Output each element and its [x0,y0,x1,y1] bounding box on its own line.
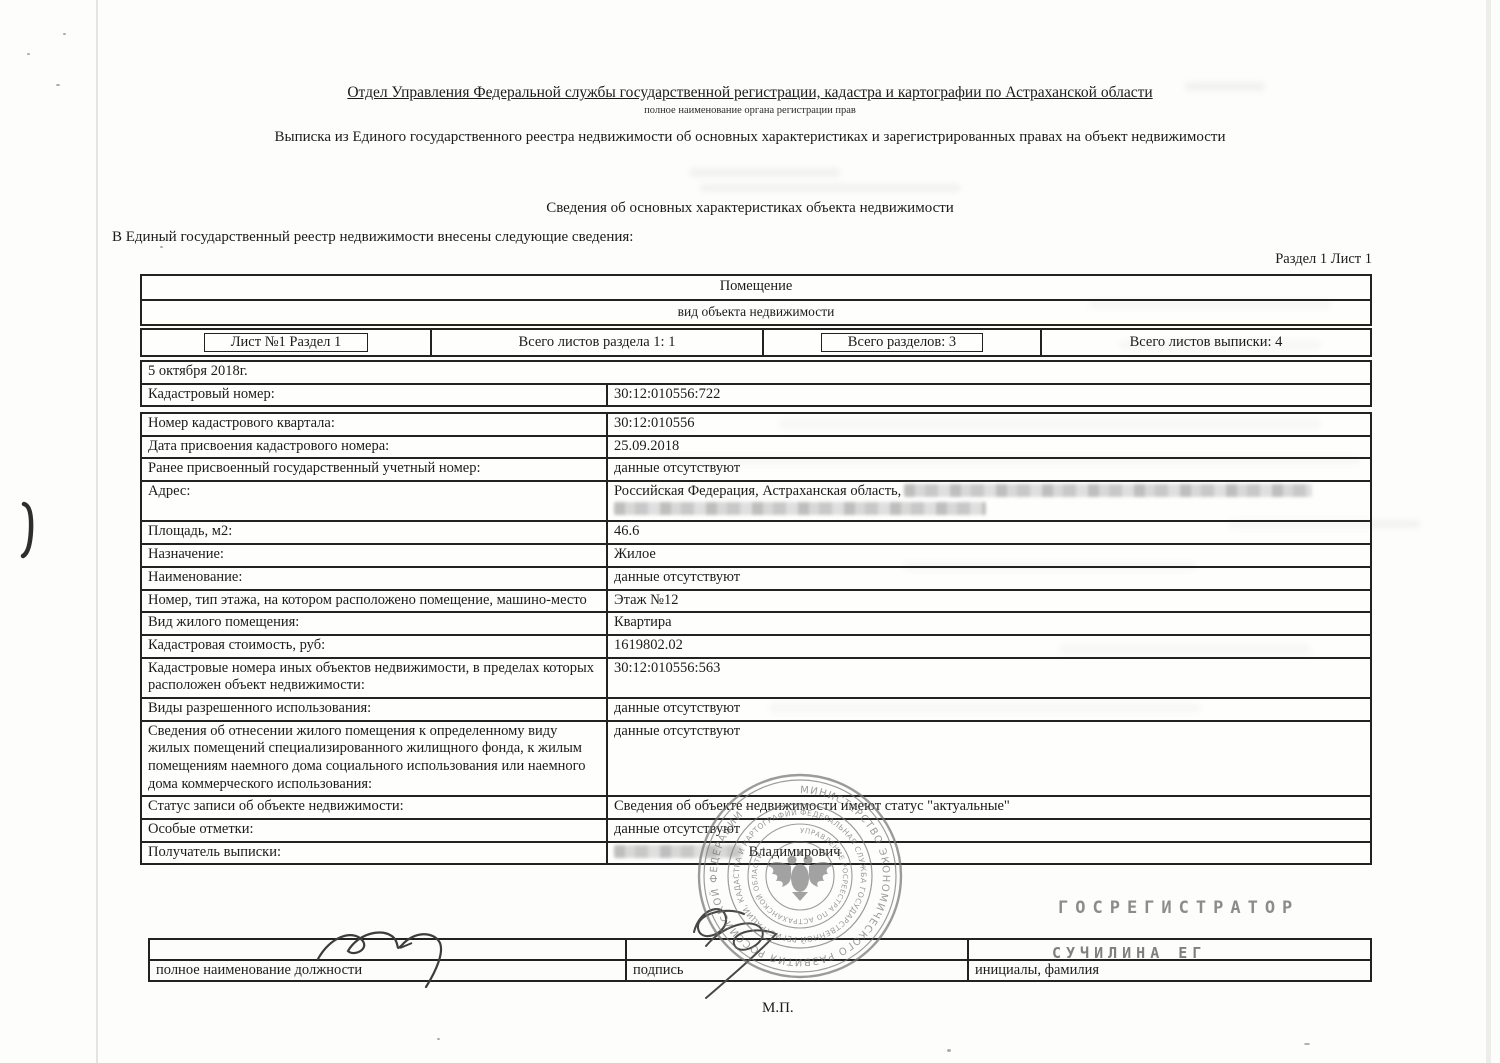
row-label: Наименование: [142,568,606,589]
table-row: Ранее присвоенный государственный учетны… [142,457,1370,480]
sheet-cell: Всего листов раздела 1: 1 [430,330,762,355]
bleed-through-artifact [700,184,960,192]
table-row: вид объекта недвижимости [142,299,1370,324]
table-row: Помещение [142,276,1370,299]
row-value: 30:12:010556 [606,414,1370,435]
row-label: Кадастровый номер: [142,385,606,406]
table-row: Виды разрешенного использования: данные … [142,697,1370,720]
scan-speck [160,246,163,248]
bleed-through-artifact [690,168,840,177]
document-title: Выписка из Единого государственного реес… [0,129,1500,146]
row-label: Кадастровые номера иных объектов недвижи… [142,659,606,697]
scan-speck [63,33,66,35]
table-row: Назначение: Жилое [142,543,1370,566]
table-row-address: Адрес: Российская Федерация, Астраханска… [142,480,1370,520]
object-type-caption: вид объекта недвижимости [142,303,1370,322]
row-value: 46.6 [606,522,1370,543]
scan-speck [437,1038,440,1040]
scan-speck [1304,1043,1310,1045]
row-label: Назначение: [142,545,606,566]
table-row: Кадастровые номера иных объектов недвижи… [142,657,1370,697]
sheet-cell: Лист №1 Раздел 1 [142,330,430,355]
table-row: Кадастровый номер: 30:12:010556:722 [142,383,1370,406]
row-value: Квартира [606,613,1370,634]
registrar-name-stamp-text: СУЧИЛИНА ЕГ [1052,944,1206,962]
row-value: Этаж №12 [606,591,1370,612]
row-label: Площадь, м2: [142,522,606,543]
row-value: Жилое [606,545,1370,566]
table-row: Вид жилого помещения: Квартира [142,611,1370,634]
table-row: Площадь, м2: 46.6 [142,520,1370,543]
row-value: Российская Федерация, Астраханская облас… [606,482,1370,520]
row-label: Номер кадастрового квартала: [142,414,606,435]
table-row: Кадастровая стоимость, руб: 1619802.02 [142,634,1370,657]
table-row: 5 октября 2018г. [142,362,1370,383]
extract-date: 5 октября 2018г. [142,362,1370,383]
double-headed-eagle-icon [768,851,832,902]
scan-speck [947,1049,951,1052]
redacted-area [904,484,1312,497]
address-prefix: Российская Федерация, Астраханская облас… [614,483,901,499]
scan-mark-bracket [20,500,36,560]
section-title: Сведения об основных характеристиках объ… [0,200,1500,217]
page-edge-shadow-right [1486,0,1491,1063]
table-row: Дата присвоения кадастрового номера: 25.… [142,435,1370,458]
row-value: 1619802.02 [606,636,1370,657]
row-value: данные отсутствуют [606,459,1370,480]
sheet-cell: Всего листов выписки: 4 [1040,330,1370,355]
row-value: данные отсутствуют [606,699,1370,720]
row-label: Особые отметки: [142,820,606,841]
intro-text: В Единый государственный реестр недвижим… [112,229,633,246]
row-label: Кадастровая стоимость, руб: [142,636,606,657]
gosregistrator-stamp-text: ГОСРЕГИСТРАТОР [1058,898,1299,918]
table-row: Номер, тип этажа, на котором расположено… [142,589,1370,612]
row-value: 30:12:010556:563 [606,659,1370,697]
date-cadastral-table: 5 октября 2018г. Кадастровый номер: 30:1… [140,360,1372,407]
name-caption: инициалы, фамилия [967,959,1370,980]
row-value: данные отсутствуют [606,568,1370,589]
table-row: Номер кадастрового квартала: 30:12:01055… [142,414,1370,435]
table-row: Лист №1 Раздел 1 Всего листов раздела 1:… [142,330,1370,355]
section-sheet-label: Раздел 1 Лист 1 [140,251,1372,268]
row-label: Сведения об отнесении жилого помещения к… [142,722,606,796]
page-edge-shadow-left [96,0,98,1063]
row-label: Получатель выписки: [142,843,606,864]
row-value: 30:12:010556:722 [606,385,1370,406]
row-label: Дата присвоения кадастрового номера: [142,437,606,458]
authority-caption: полное наименование органа регистрации п… [0,105,1500,116]
official-round-seal: МИНИСТЕРСТВО ЭКОНОМИЧЕСКОГО РАЗВИТИЯ РОС… [678,754,922,998]
scan-speck [27,53,30,55]
object-type-table: Помещение вид объекта недвижимости [140,274,1372,326]
object-type-value: Помещение [142,277,1370,298]
handwritten-signature-position [300,915,470,995]
row-label: Статус записи об объекте недвижимости: [142,797,606,818]
row-label: Вид жилого помещения: [142,613,606,634]
row-label: Виды разрешенного использования: [142,699,606,720]
table-row: Наименование: данные отсутствуют [142,566,1370,589]
row-value: 25.09.2018 [606,437,1370,458]
sheet-cell: Всего разделов: 3 [762,330,1040,355]
document-scan: Отдел Управления Федеральной службы госу… [0,0,1500,1063]
row-label: Ранее присвоенный государственный учетны… [142,459,606,480]
registration-authority-name: Отдел Управления Федеральной службы госу… [0,84,1500,102]
sheet-info-table: Лист №1 Раздел 1 Всего листов раздела 1:… [140,328,1372,357]
row-label: Адрес: [142,482,606,520]
row-label: Номер, тип этажа, на котором расположено… [142,591,606,612]
redacted-area [614,502,986,515]
